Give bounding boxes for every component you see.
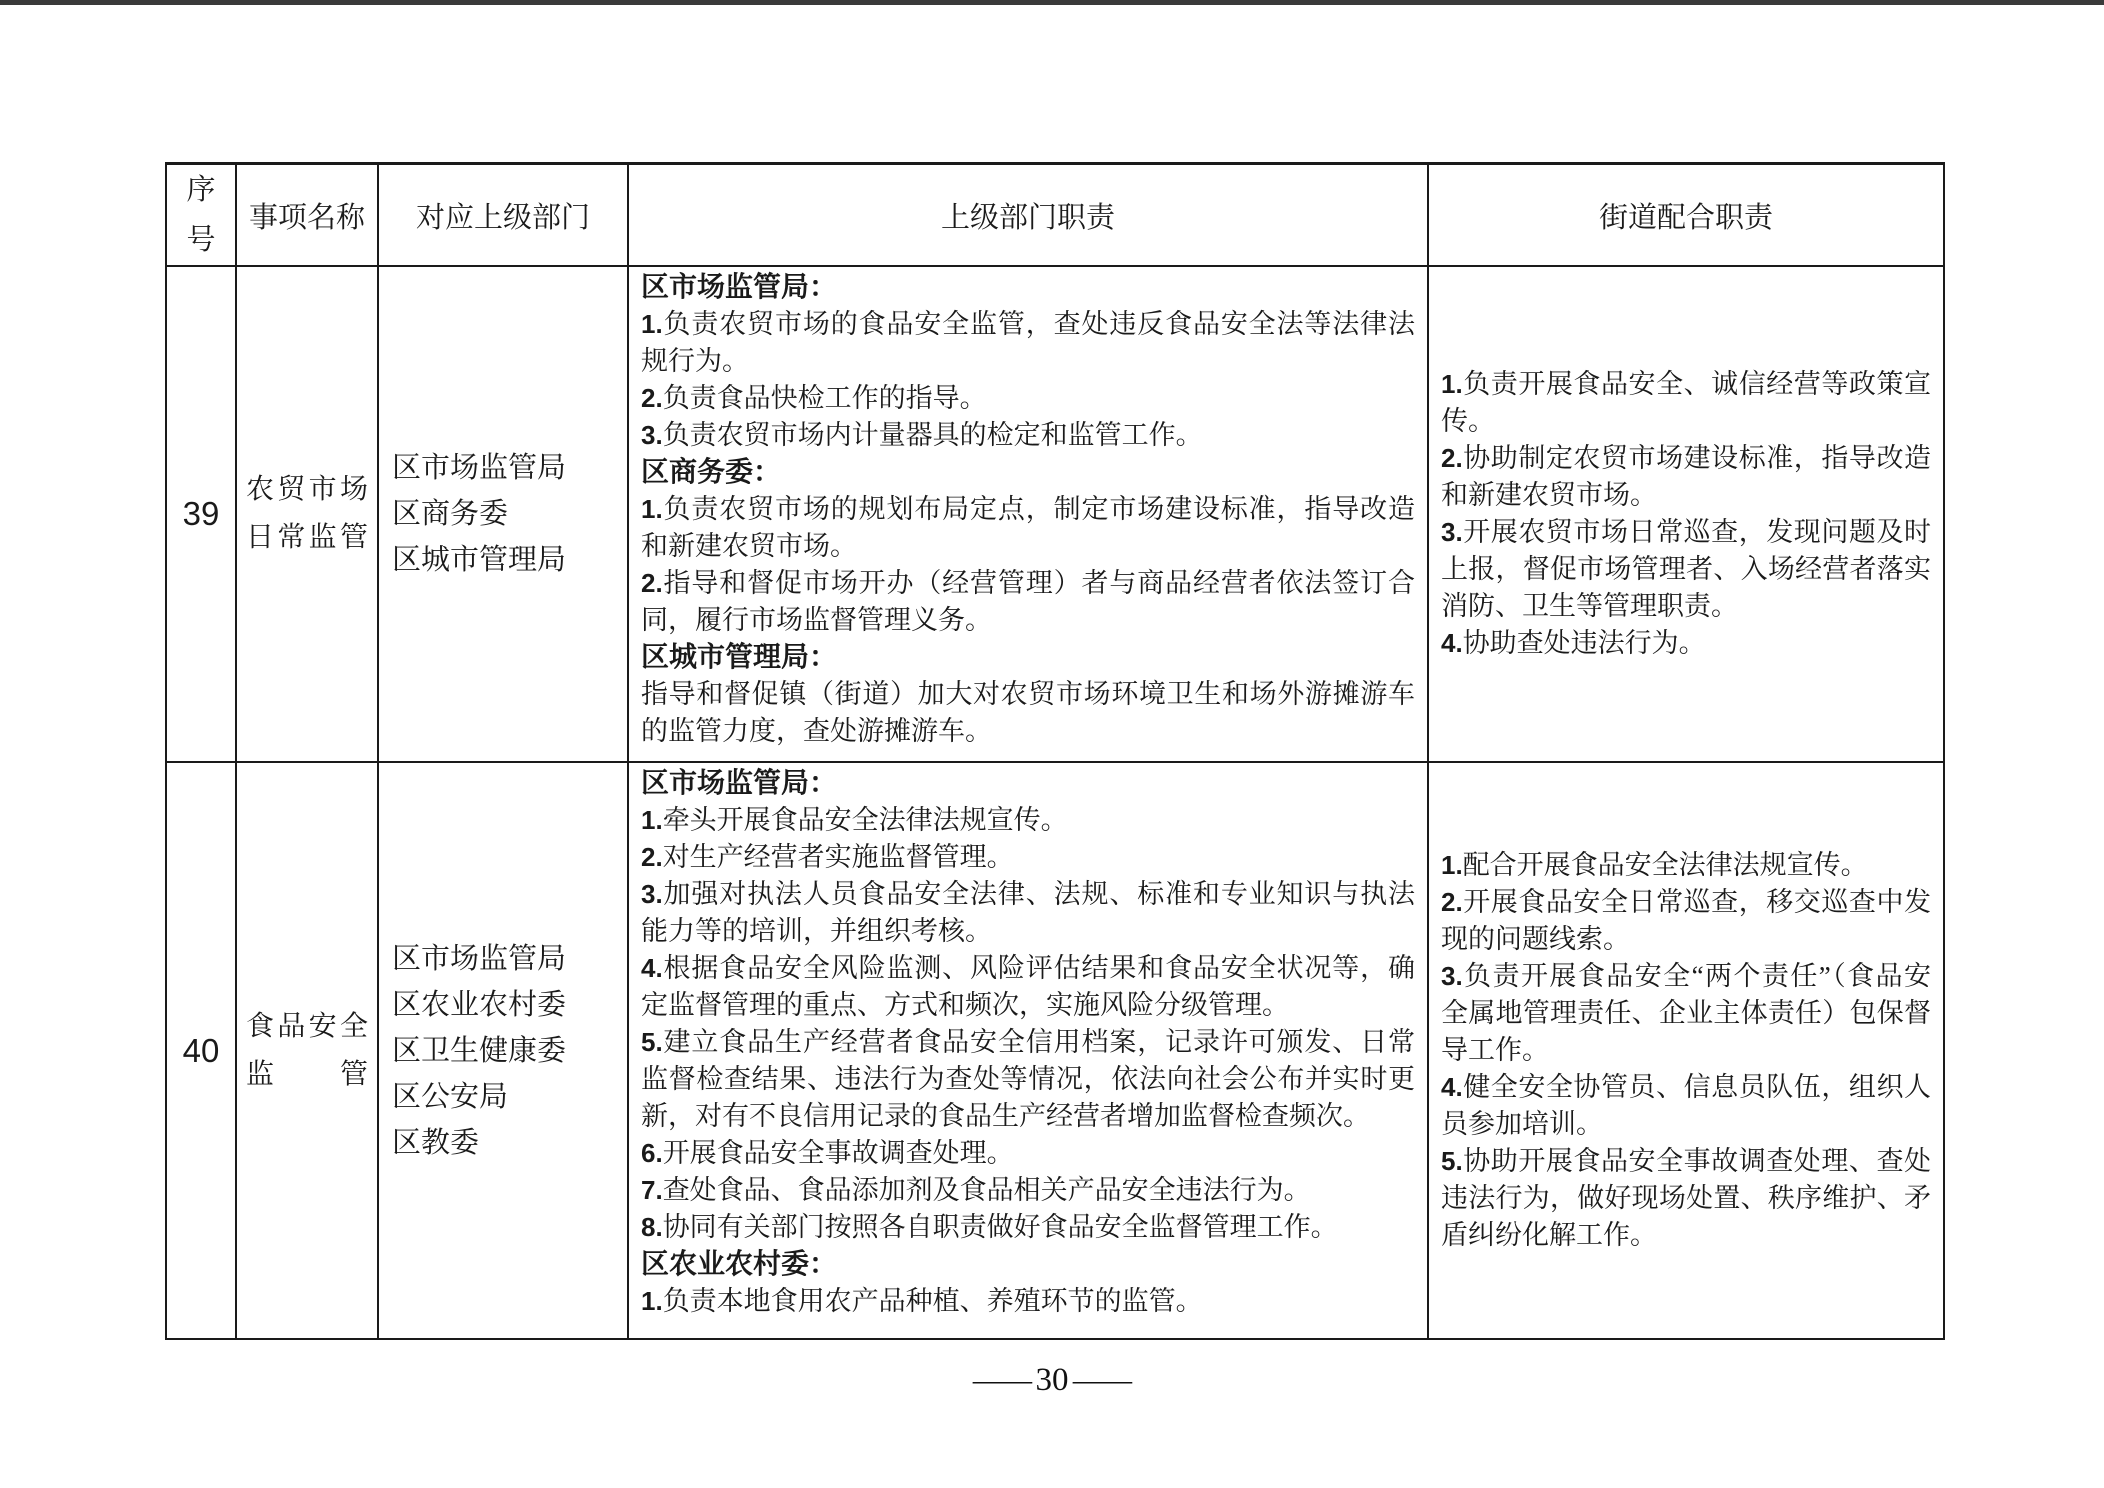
duty-heading: 区农业农村委： [641, 1246, 1415, 1283]
item-name-line: 食品安全 [246, 1003, 368, 1051]
duty-item-number: 2. [641, 383, 663, 413]
duty-item-number: 1. [641, 805, 663, 835]
duty-item-number: 1. [1441, 369, 1463, 399]
duty-item: 2.开展食品安全日常巡查，移交巡查中发现的问题线索。 [1441, 884, 1931, 958]
item-name-line: 监管 [246, 1051, 368, 1099]
duty-item-text: 负责开展食品安全“两个责任”（食品安全属地管理责任、企业主体责任）包保督导工作。 [1441, 961, 1931, 1065]
duty-item: 5.建立食品生产经营者食品安全信用档案，记录许可颁发、日常监督检查结果、违法行为… [641, 1024, 1415, 1135]
duty-item-text: 对生产经营者实施监督管理。 [663, 842, 1014, 872]
department-line: 区商务委 [392, 491, 621, 537]
duty-item-text: 加强对执法人员食品安全法律、法规、标准和专业知识与执法能力等的培训，并组织考核。 [641, 879, 1415, 946]
duty-item-number: 6. [641, 1138, 663, 1168]
duty-item-text: 协助查处违法行为。 [1463, 628, 1706, 658]
duty-item: 3.开展农贸市场日常巡查，发现问题及时上报，督促市场管理者、入场经营者落实消防、… [1441, 514, 1931, 625]
department-line: 区公安局 [392, 1074, 621, 1120]
duty-item-number: 1. [641, 309, 663, 339]
duty-item-text: 负责农贸市场的食品安全监管，查处违反食品安全法等法律法规行为。 [641, 309, 1415, 376]
duty-item-text: 配合开展食品安全法律法规宣传。 [1463, 850, 1868, 880]
duty-item-number: 8. [641, 1212, 663, 1242]
duty-item: 1.负责开展食品安全、诚信经营等政策宣传。 [1441, 366, 1931, 440]
duty-item-number: 2. [641, 568, 663, 598]
duty-item: 3.负责农贸市场内计量器具的检定和监管工作。 [641, 417, 1415, 454]
duty-heading: 区市场监管局： [641, 765, 1415, 802]
duty-item-number: 1. [641, 494, 663, 524]
duty-item-text: 开展食品安全日常巡查，移交巡查中发现的问题线索。 [1441, 887, 1931, 954]
duty-item-number: 3. [641, 879, 663, 909]
header-col-superior-duties: 上级部门职责 [628, 164, 1428, 267]
page-top-edge [0, 0, 2104, 5]
street-duties-cell: 1.配合开展食品安全法律法规宣传。2.开展食品安全日常巡查，移交巡查中发现的问题… [1428, 762, 1944, 1339]
duty-heading: 区商务委： [641, 454, 1415, 491]
table-row: 39农贸市场日常监管区市场监管局区商务委区城市管理局区市场监管局：1.负责农贸市… [166, 266, 1944, 762]
footer-right-dash: — [1073, 1362, 1132, 1398]
departments-cell: 区市场监管局区农业农村委区卫生健康委区公安局区教委 [378, 762, 628, 1339]
duty-item: 4.协助查处违法行为。 [1441, 625, 1931, 662]
footer-left-dash: — [973, 1362, 1032, 1398]
duty-item-number: 3. [1441, 517, 1463, 547]
duty-item-text: 负责食品快检工作的指导。 [663, 383, 987, 413]
duty-item-text: 负责开展食品安全、诚信经营等政策宣传。 [1441, 369, 1931, 436]
duty-item-text: 指导和督促市场开办（经营管理）者与商品经营者依法签订合同，履行市场监督管理义务。 [641, 568, 1415, 635]
duty-item: 3.负责开展食品安全“两个责任”（食品安全属地管理责任、企业主体责任）包保督导工… [1441, 958, 1931, 1069]
duty-item-text: 负责农贸市场的规划布局定点，制定市场建设标准，指导改造和新建农贸市场。 [641, 494, 1415, 561]
duty-item: 1.配合开展食品安全法律法规宣传。 [1441, 847, 1931, 884]
duty-item-number: 4. [641, 953, 663, 983]
duty-item-text: 开展食品安全事故调查处理。 [663, 1138, 1014, 1168]
duty-item-number: 4. [1441, 628, 1463, 658]
duty-item-text: 根据食品安全风险监测、风险评估结果和食品安全状况等，确定监督管理的重点、方式和频… [641, 953, 1415, 1020]
duty-item: 2.负责食品快检工作的指导。 [641, 380, 1415, 417]
duty-item-number: 1. [641, 1286, 663, 1316]
header-col-street-duties: 街道配合职责 [1428, 164, 1944, 267]
duty-item-text: 指导和督促镇（街道）加大对农贸市场环境卫生和场外游摊游车的监管力度，查处游摊游车… [641, 679, 1415, 746]
street-duties-cell: 1.负责开展食品安全、诚信经营等政策宣传。2.协助制定农贸市场建设标准，指导改造… [1428, 266, 1944, 762]
header-serial-label: 序号 [186, 165, 216, 265]
department-line: 区市场监管局 [392, 936, 621, 982]
table-row: 40食品安全监管区市场监管局区农业农村委区卫生健康委区公安局区教委区市场监管局：… [166, 762, 1944, 1339]
duty-item-number: 7. [641, 1175, 663, 1205]
duty-item: 8.协同有关部门按照各自职责做好食品安全监督管理工作。 [641, 1209, 1415, 1246]
duty-item: 5.协助开展食品安全事故调查处理、查处违法行为，做好现场处置、秩序维护、矛盾纠纷… [1441, 1143, 1931, 1254]
duty-item: 1.负责农贸市场的规划布局定点，制定市场建设标准，指导改造和新建农贸市场。 [641, 491, 1415, 565]
duty-item-text: 牵头开展食品安全法律法规宣传。 [663, 805, 1068, 835]
duty-item: 2.协助制定农贸市场建设标准，指导改造和新建农贸市场。 [1441, 440, 1931, 514]
departments-cell: 区市场监管局区商务委区城市管理局 [378, 266, 628, 762]
duty-item-number: 5. [641, 1027, 663, 1057]
duty-item-text: 协助开展食品安全事故调查处理、查处违法行为，做好现场处置、秩序维护、矛盾纠纷化解… [1441, 1146, 1931, 1250]
duty-item: 1.负责本地食用农产品种植、养殖环节的监管。 [641, 1283, 1415, 1320]
superior-duties-cell: 区市场监管局：1.负责农贸市场的食品安全监管，查处违反食品安全法等法律法规行为。… [628, 266, 1428, 762]
serial-cell: 40 [166, 762, 236, 1339]
header-col-departments: 对应上级部门 [378, 164, 628, 267]
duty-item: 1.负责农贸市场的食品安全监管，查处违反食品安全法等法律法规行为。 [641, 306, 1415, 380]
duty-item: 7.查处食品、食品添加剂及食品相关产品安全违法行为。 [641, 1172, 1415, 1209]
duty-item-number: 3. [1441, 961, 1463, 991]
duty-item: 4.健全安全协管员、信息员队伍，组织人员参加培训。 [1441, 1069, 1931, 1143]
duty-item-text: 协助制定农贸市场建设标准，指导改造和新建农贸市场。 [1441, 443, 1931, 510]
duty-item-text: 开展农贸市场日常巡查，发现问题及时上报，督促市场管理者、入场经营者落实消防、卫生… [1441, 517, 1931, 621]
duty-item: 4.根据食品安全风险监测、风险评估结果和食品安全状况等，确定监督管理的重点、方式… [641, 950, 1415, 1024]
page-footer: —30— [0, 1362, 2104, 1399]
duty-item: 6.开展食品安全事故调查处理。 [641, 1135, 1415, 1172]
item-name-cell: 食品安全监管 [236, 762, 378, 1339]
duty-item-number: 2. [641, 842, 663, 872]
duty-heading: 区市场监管局： [641, 269, 1415, 306]
duty-item-number: 3. [641, 420, 663, 450]
footer-page-number: 30 [1036, 1362, 1069, 1399]
duty-heading: 区城市管理局： [641, 639, 1415, 676]
serial-cell: 39 [166, 266, 236, 762]
duty-item: 指导和督促镇（街道）加大对农贸市场环境卫生和场外游摊游车的监管力度，查处游摊游车… [641, 676, 1415, 750]
responsibilities-table: 序号 事项名称 对应上级部门 上级部门职责 街道配合职责 39农贸市场日常监管区… [165, 162, 1945, 1340]
table-header-row: 序号 事项名称 对应上级部门 上级部门职责 街道配合职责 [166, 164, 1944, 267]
department-line: 区市场监管局 [392, 445, 621, 491]
duty-item: 3.加强对执法人员食品安全法律、法规、标准和专业知识与执法能力等的培训，并组织考… [641, 876, 1415, 950]
department-line: 区卫生健康委 [392, 1028, 621, 1074]
item-name-cell: 农贸市场日常监管 [236, 266, 378, 762]
duty-item-text: 建立食品生产经营者食品安全信用档案，记录许可颁发、日常监督检查结果、违法行为查处… [641, 1027, 1415, 1131]
duty-item-number: 5. [1441, 1146, 1463, 1176]
duty-item: 2.对生产经营者实施监督管理。 [641, 839, 1415, 876]
duty-item-number: 2. [1441, 887, 1463, 917]
duty-item-text: 负责农贸市场内计量器具的检定和监管工作。 [663, 420, 1203, 450]
duty-item-text: 协同有关部门按照各自职责做好食品安全监督管理工作。 [663, 1212, 1338, 1242]
duty-item: 1.牵头开展食品安全法律法规宣传。 [641, 802, 1415, 839]
department-line: 区城市管理局 [392, 537, 621, 583]
superior-duties-cell: 区市场监管局：1.牵头开展食品安全法律法规宣传。2.对生产经营者实施监督管理。3… [628, 762, 1428, 1339]
duty-item-number: 4. [1441, 1072, 1463, 1102]
table-body: 39农贸市场日常监管区市场监管局区商务委区城市管理局区市场监管局：1.负责农贸市… [166, 266, 1944, 1339]
duty-item-number: 2. [1441, 443, 1463, 473]
item-name-line: 农贸市场 [246, 466, 368, 514]
item-name-line: 日常监管 [246, 514, 368, 562]
duty-item-text: 健全安全协管员、信息员队伍，组织人员参加培训。 [1441, 1072, 1931, 1139]
duty-item-text: 负责本地食用农产品种植、养殖环节的监管。 [663, 1286, 1203, 1316]
duty-item-text: 查处食品、食品添加剂及食品相关产品安全违法行为。 [663, 1175, 1311, 1205]
department-line: 区农业农村委 [392, 982, 621, 1028]
department-line: 区教委 [392, 1120, 621, 1166]
duty-item: 2.指导和督促市场开办（经营管理）者与商品经营者依法签订合同，履行市场监督管理义… [641, 565, 1415, 639]
header-col-item-name: 事项名称 [236, 164, 378, 267]
duty-item-number: 1. [1441, 850, 1463, 880]
header-col-serial: 序号 [166, 164, 236, 267]
